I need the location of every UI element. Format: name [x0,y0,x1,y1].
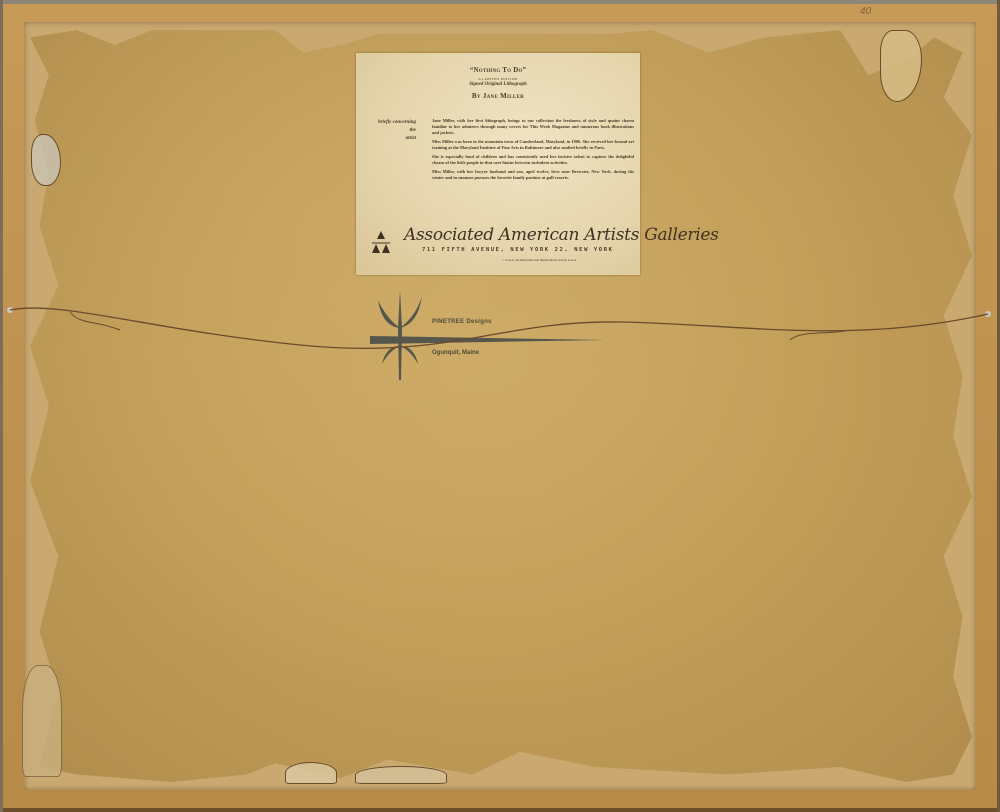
copyright-notice: © A.A.A. All Reproduction Rights Reserve… [502,258,577,262]
aaa-triangle-logo-icon [370,230,392,256]
bio-paragraph: Jane Miller, with her first lithograph, … [432,118,634,137]
artist-name: By Jane Miller [356,92,640,100]
artwork-title: “Nothing To Do” [356,66,640,74]
gallery-label: “Nothing To Do” a limited edition Signed… [356,53,640,275]
edition-note: a limited edition [356,77,640,81]
gallery-name: Associated American Artists Galleries [404,225,719,245]
frame-bottom-edge [0,808,1000,812]
framed-artwork-back: 40 “Nothing To Do” a limited edition Sig… [0,0,1000,812]
pinetree-trident-logo-icon [370,288,610,383]
paper-tear [355,766,447,784]
pencil-mark: 40 [860,6,871,17]
gallery-address: 711 FIFTH AVENUE, NEW YORK 22, NEW YORK [422,247,614,253]
bio-paragraph: Miss Miller was born in the mountain tow… [432,139,634,151]
stamp-company: PINETREE Designs [432,319,492,325]
bio-paragraph: She is especially fond of children and h… [432,154,634,166]
stamp-location: Ogunquit, Maine [432,350,479,356]
frame-top-edge [0,0,1000,4]
side-heading: briefly concerning the artist [364,119,416,143]
paper-tear [285,762,337,784]
frame-left-edge [0,0,3,812]
artwork-medium: Signed Original Lithograph [356,82,640,87]
bio-paragraph: Miss Miller, with her lawyer husband and… [432,169,634,181]
artist-biography: Jane Miller, with her first lithograph, … [432,118,634,184]
paper-tear [22,665,62,777]
